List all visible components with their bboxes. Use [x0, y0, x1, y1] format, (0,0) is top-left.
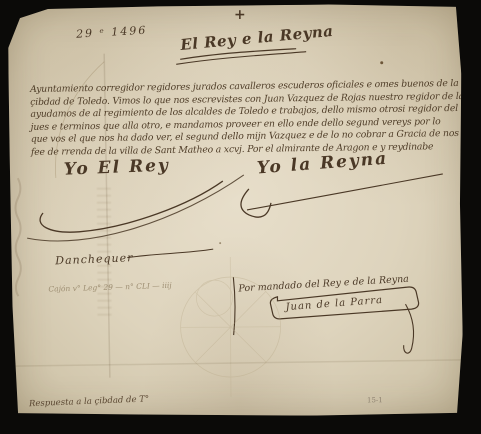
secretary-descender: [403, 304, 413, 353]
letter-body: Ayuntamiento corregidor regidores jurado…: [30, 78, 455, 159]
queen-signature-flourish: [241, 189, 271, 217]
ink-flourish-overlay: [8, 4, 468, 418]
secretary-signature: Juan de la Parra: [285, 295, 383, 313]
bleedthrough-circle: [196, 280, 232, 316]
king-signature-flourish: [27, 175, 244, 241]
chancery-note-flourish: [127, 249, 213, 257]
manuscript-paper: 29 ᵉ 1496 + El Rey e la Reyna Ayuntamien…: [8, 4, 468, 418]
by-order-note: Por mandado del Rey e de la Reyna: [238, 274, 409, 295]
response-note: Respuesta a la çibdad de T°: [29, 394, 150, 409]
left-margin-annotation: [15, 178, 21, 296]
ink-speck: [380, 61, 383, 64]
rubric-underline: [176, 52, 306, 65]
photo-backdrop: { "paper": { "date": "29 ᵉ 1496", "cross…: [0, 0, 481, 434]
bleedthrough-spokes: [180, 257, 281, 398]
secretary-left-stroke: [233, 277, 235, 335]
fold-crease-horizontal: [14, 360, 462, 366]
cross-mark: +: [234, 7, 246, 23]
royal-rubric: El Rey e la Reyna: [180, 22, 335, 54]
queen-signature-flourish: [247, 174, 443, 210]
king-signature-flourish: [40, 181, 223, 232]
date-annotation: 29 ᵉ 1496: [76, 24, 148, 41]
bleedthrough-text-strip: [97, 186, 112, 316]
chancery-note: Danchequer: [55, 251, 134, 267]
folio-number: 15-1: [367, 396, 383, 404]
ink-speck: [219, 242, 221, 244]
bleedthrough-diagram: [180, 257, 281, 398]
king-signature: Yo El Rey: [63, 156, 170, 180]
